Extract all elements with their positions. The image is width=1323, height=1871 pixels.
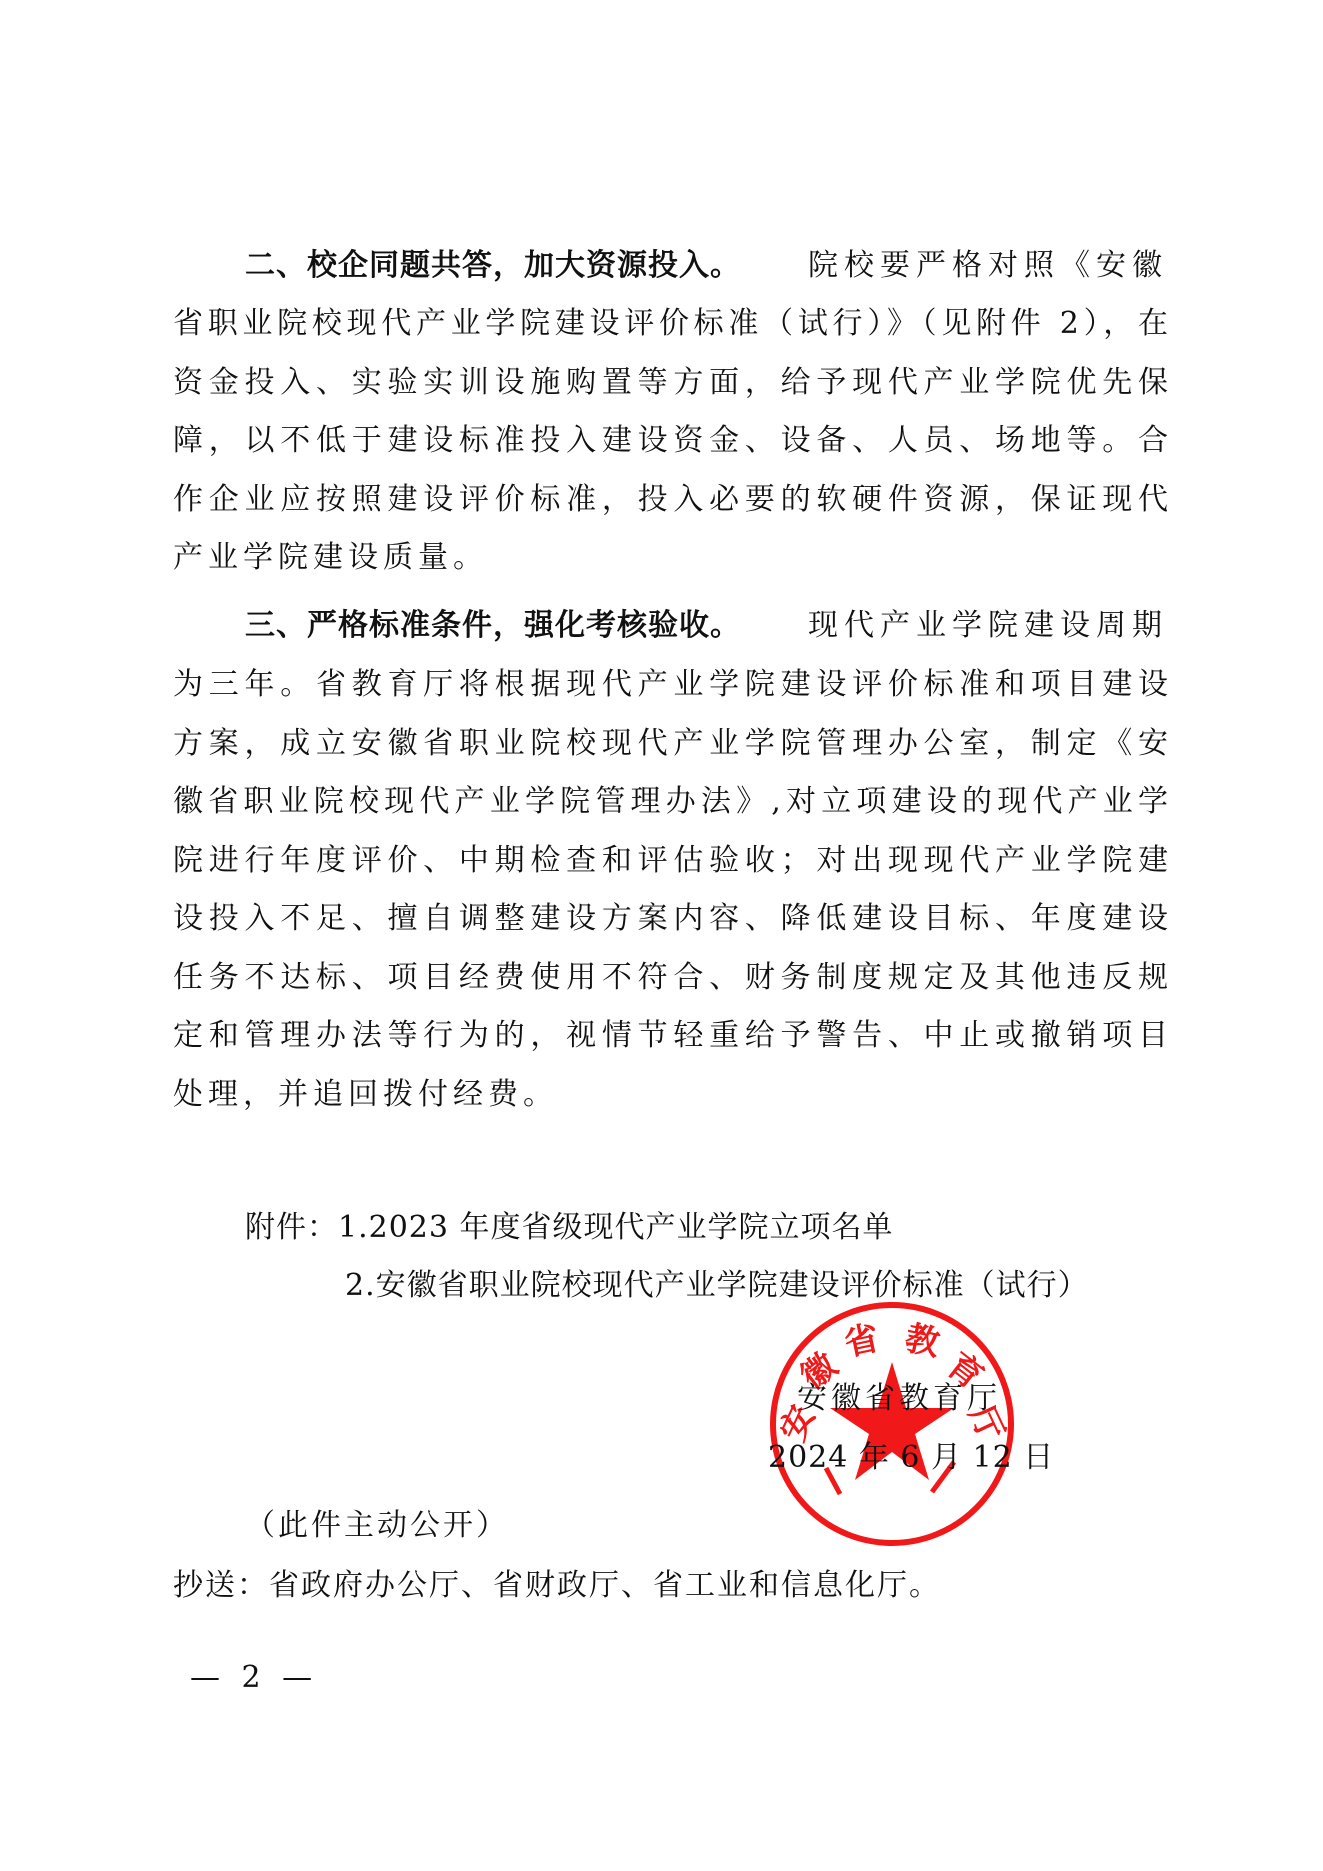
section-3-line-4: 院进行年度评价、中期检查和评估验收；对出现现代产业学院建	[173, 839, 1168, 883]
section-2-line-4: 作企业应按照建设评价标准，投入必要的软硬件资源，保证现代	[173, 478, 1168, 522]
svg-text:教: 教	[902, 1318, 945, 1364]
section-3-line-6: 任务不达标、项目经费使用不符合、财务制度规定及其他违反规	[173, 956, 1168, 1000]
disclosure-note: （此件主动公开）	[245, 1504, 509, 1548]
section-3-line-1: 为三年。省教育厅将根据现代产业学院建设评价标准和项目建设	[173, 663, 1168, 707]
section-2-line-5: 产业学院建设质量。	[173, 536, 488, 580]
section-2-line-0: 院校要严格对照《安徽	[808, 244, 1168, 288]
section-3-line-2: 方案，成立安徽省职业院校现代产业学院管理办公室，制定《安	[173, 722, 1168, 766]
svg-text:省: 省	[841, 1318, 883, 1364]
section-2-line-1: 省职业院校现代产业学院建设评价标准（试行）》（见附件 2），在	[173, 302, 1168, 346]
section-3-heading: 三、严格标准条件，强化考核验收。	[245, 604, 741, 648]
section-3-line-8: 处理，并追回拨付经费。	[173, 1073, 558, 1117]
section-2-line-2: 资金投入、实验实训设施购置等方面，给予现代产业学院优先保	[173, 361, 1168, 405]
section-2-first-line: 二、校企同题共答，加大资源投入。 院校要严格对照《安徽	[245, 244, 1168, 288]
official-seal-stamp: 安 徽 省 教 育 厅	[768, 1300, 1016, 1548]
attachments-label: 附件：	[245, 1210, 338, 1245]
section-2-heading: 二、校企同题共答，加大资源投入。	[245, 244, 741, 288]
section-3-line-5: 设投入不足、擅自调整建设方案内容、降低建设目标、年度建设	[173, 897, 1168, 941]
section-3-line-3: 徽省职业院校现代产业学院管理办法》,对立项建设的现代产业学	[173, 780, 1168, 824]
section-2-line-3: 障，以不低于建设标准投入建设资金、设备、人员、场地等。合	[173, 419, 1168, 463]
issuer-name: 安徽省教育厅	[797, 1377, 1001, 1421]
page-number: — 2 —	[190, 1656, 318, 1700]
cc-line: 抄送：省政府办公厅、省财政厅、省工业和信息化厅。	[173, 1564, 941, 1608]
section-3-line-7: 定和管理办法等行为的，视情节轻重给予警告、中止或撤销项目	[173, 1014, 1168, 1058]
attachment-item-1: 1.2023 年度省级现代产业学院立项名单	[338, 1210, 894, 1245]
section-3-first-line: 三、严格标准条件，强化考核验收。 现代产业学院建设周期	[245, 604, 1168, 648]
issue-date: 2024 年 6 月 12 日	[768, 1436, 1054, 1480]
section-3-line-0: 现代产业学院建设周期	[808, 604, 1168, 648]
attachments-first-line: 附件：1.2023 年度省级现代产业学院立项名单	[245, 1206, 894, 1250]
